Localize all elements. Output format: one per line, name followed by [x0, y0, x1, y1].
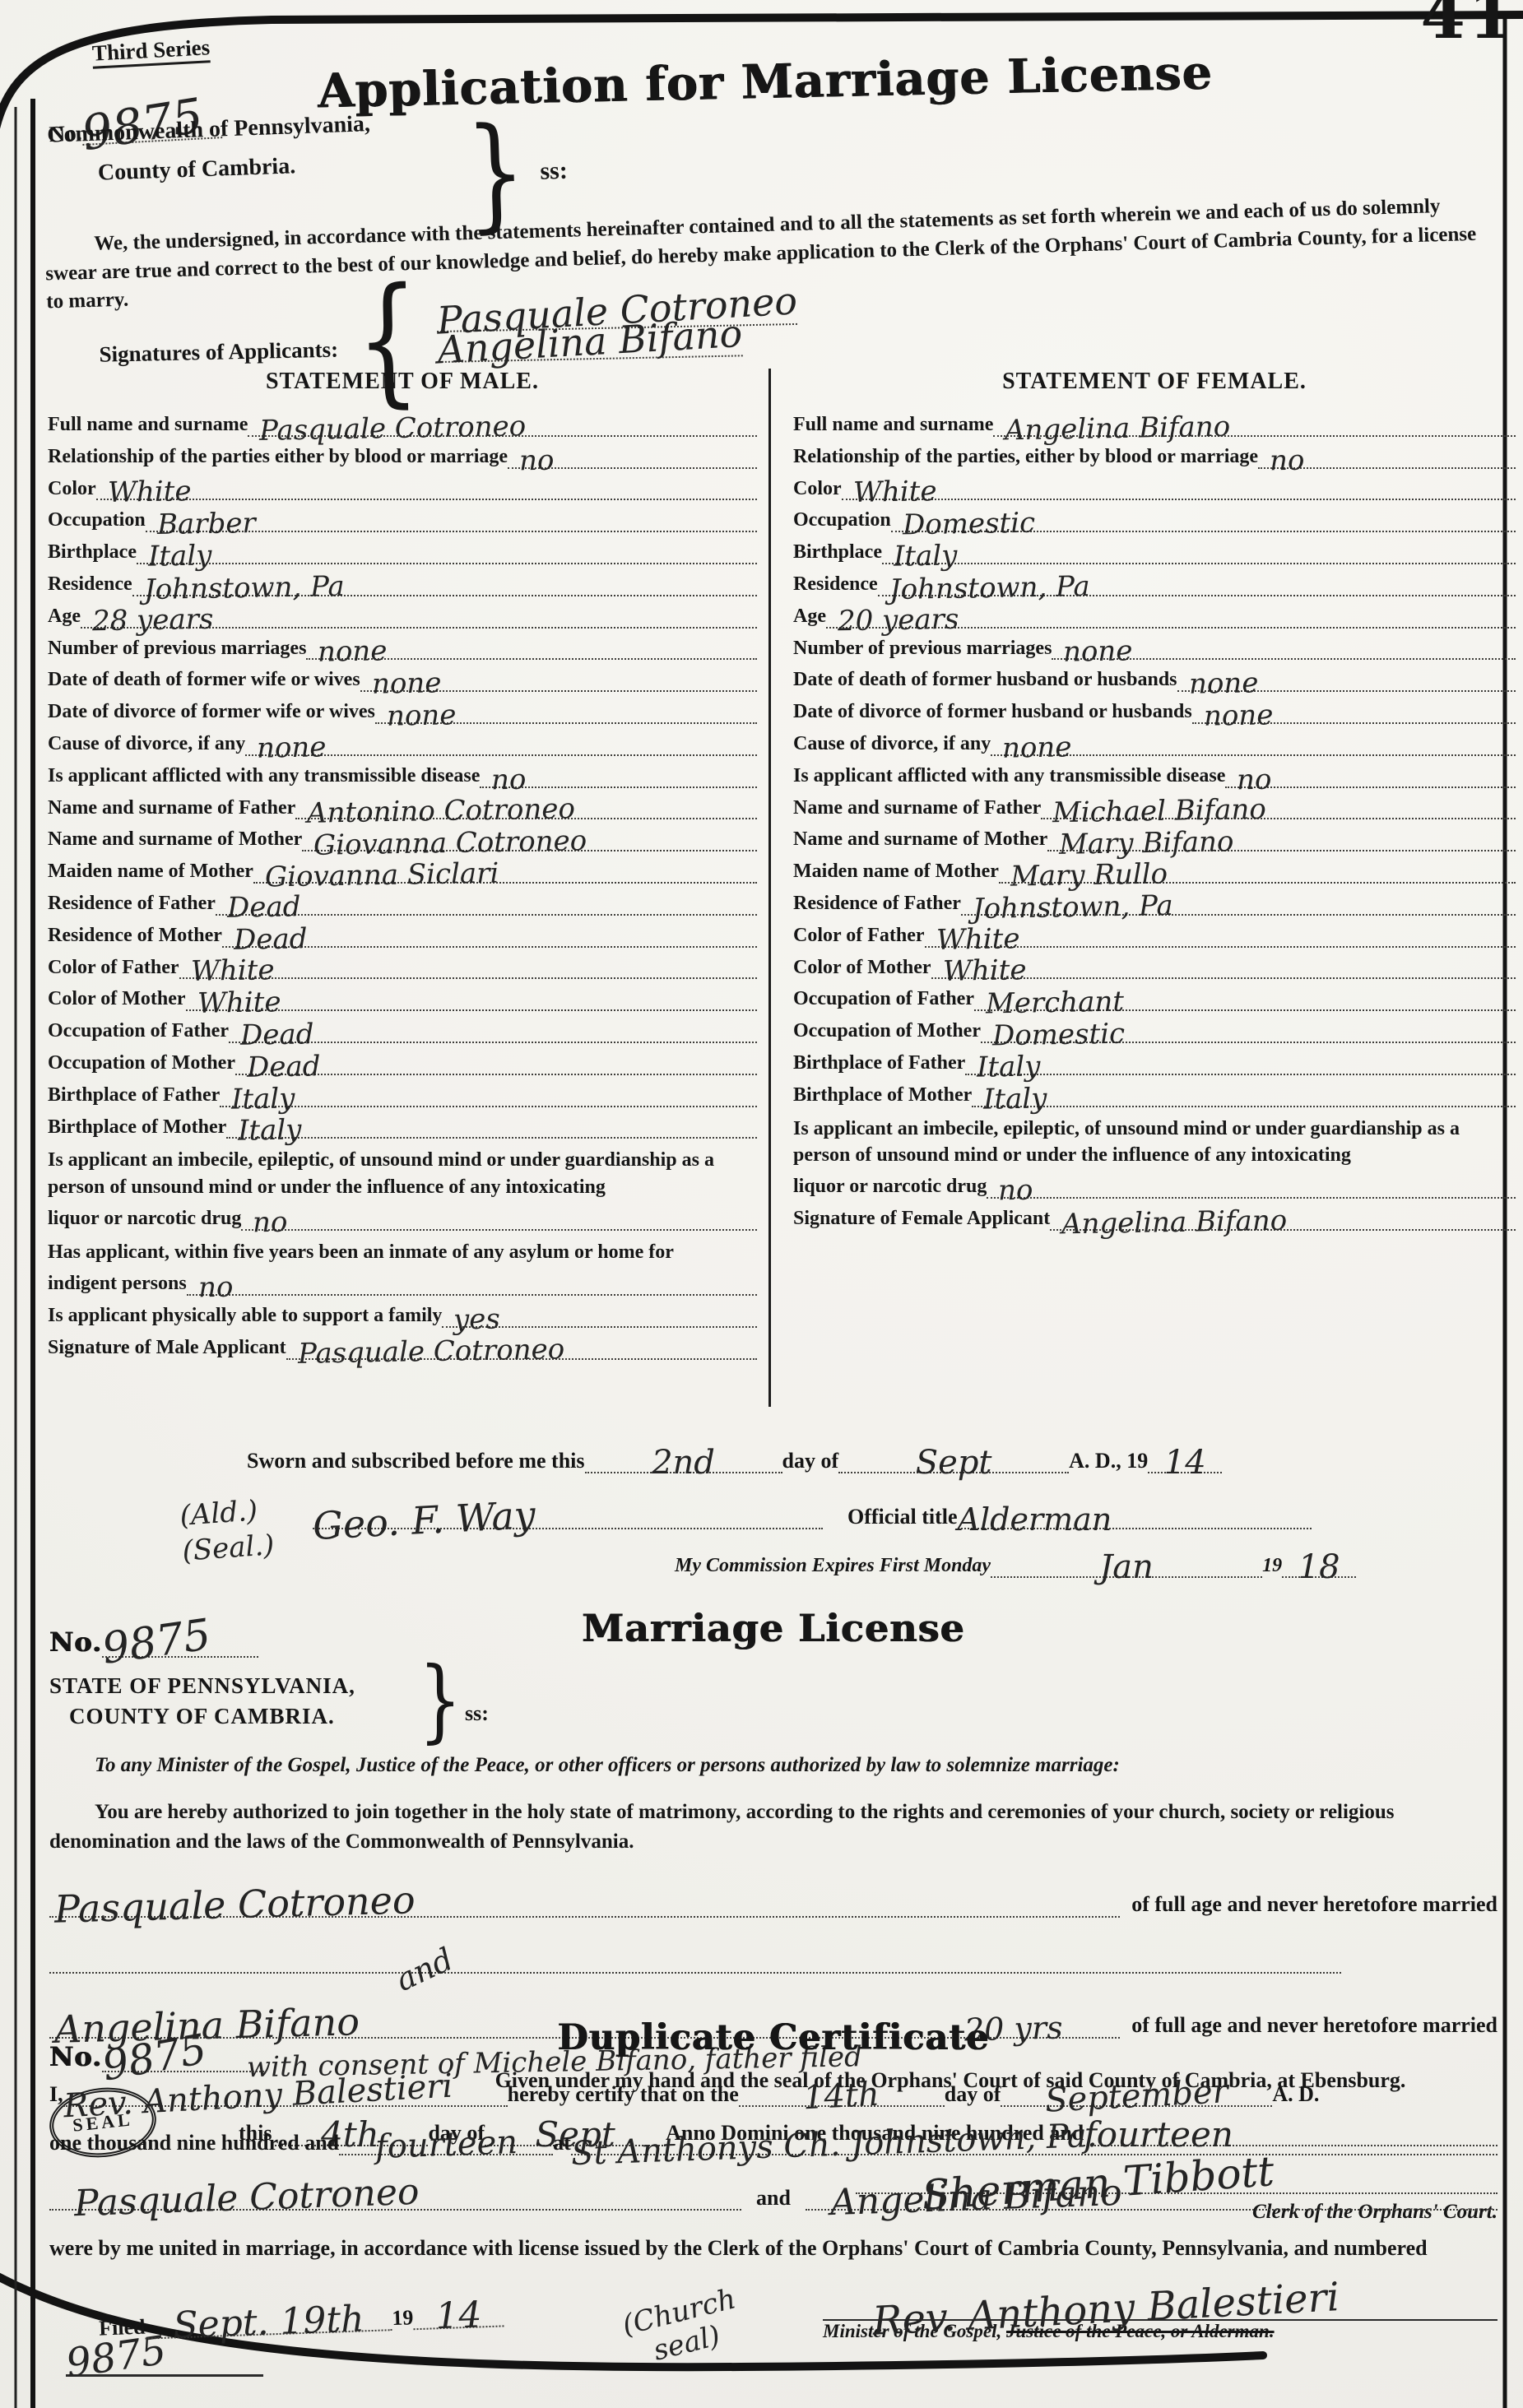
- ad-label: A. D.: [1272, 2081, 1319, 2107]
- field-value-handwritten: Antonino Cotroneo: [307, 796, 575, 828]
- field-label: Age: [48, 605, 81, 629]
- duplicate-no-label: No.: [49, 2041, 102, 2072]
- field-row: Name and surname of FatherAntonino Cotro…: [48, 796, 757, 820]
- field-label: Name and surname of Mother: [48, 828, 302, 851]
- groom-name-handwritten: Pasquale Cotroneo: [73, 2174, 420, 2223]
- sworn-line: Sworn and subscribed before me this 2nd …: [247, 1446, 1497, 1473]
- filed-year-prefix: 19: [392, 2305, 414, 2331]
- fill-line: White: [925, 926, 1516, 948]
- sworn-day-handwritten: 2nd: [652, 1446, 715, 1479]
- scanned-marriage-application-page: 41 Third Series No. 9875 Commonwealth of…: [0, 0, 1523, 2408]
- fill-line: Johnstown, Pa: [878, 574, 1516, 596]
- field-value-handwritten: Johnstown, Pa: [973, 892, 1173, 923]
- place-handwritten: St Anthonys Ch. Johnstown, Pa.: [570, 2119, 1098, 2170]
- field-label: Residence of Father: [793, 892, 961, 916]
- question-text: Has applicant, within five years been an…: [48, 1239, 757, 1265]
- field-value-handwritten: Pasquale Cotroneo: [259, 412, 527, 445]
- officiant-signature-line: Geo. F. Way: [313, 1501, 823, 1529]
- field-row: Name and surname of MotherGiovanna Cotro…: [48, 828, 757, 851]
- field-label: Is applicant afflicted with any transmis…: [48, 764, 480, 788]
- field-label: Maiden name of Mother: [48, 860, 253, 884]
- year-place-line: one thousand nine hundred and fourteen a…: [49, 2128, 1497, 2155]
- filed-date-handwritten: Sept. 19th: [173, 2301, 364, 2344]
- fill-line: Barber: [146, 510, 757, 532]
- field-row: Is applicant afflicted with any transmis…: [793, 764, 1516, 788]
- field-value-handwritten: 20 years: [838, 605, 959, 635]
- column-divider-rule: [768, 369, 771, 1407]
- field-label: Occupation of Mother: [48, 1051, 235, 1075]
- year-word-line: fourteen: [339, 2128, 553, 2155]
- commission-month-handwritten: Jan: [1099, 1551, 1154, 1584]
- minister-name-line: Rev. Anthony Balestieri: [63, 2080, 508, 2107]
- minister-signature-block: Rev. Anthony Balestieri Minister of the …: [823, 2290, 1497, 2342]
- field-row: liquor or narcotic drugno: [793, 1175, 1516, 1199]
- field-row: Name and surname of MotherMary Bifano: [793, 828, 1516, 851]
- fill-line: Angelina Bifano: [1050, 1209, 1516, 1231]
- field-label: Maiden name of Mother: [793, 860, 999, 884]
- duplicate-certificate-section: No. 9875 Duplicate Certificate I, Rev. A…: [49, 2017, 1497, 2408]
- field-row: ColorWhite: [793, 477, 1516, 501]
- duplicate-year-handwritten: fourteen: [374, 2126, 518, 2164]
- field-row: Residence of MotherDead: [48, 924, 757, 948]
- fill-line: no: [187, 1274, 757, 1296]
- male-statement-heading: STATEMENT OF MALE.: [48, 369, 757, 395]
- field-label: Occupation: [793, 508, 891, 532]
- field-value-handwritten: Dead: [247, 1052, 321, 1082]
- ad-label: A. D., 19: [1069, 1448, 1148, 1473]
- field-value-handwritten: none: [1203, 701, 1273, 730]
- official-title-line: Alderman: [958, 1504, 1312, 1529]
- field-row: Signature of Female ApplicantAngelina Bi…: [793, 1207, 1516, 1231]
- field-label: Residence: [793, 573, 878, 596]
- day-line: 2nd: [585, 1446, 782, 1473]
- field-value-handwritten: Angelina Bifano: [1061, 1207, 1288, 1239]
- filed-year-line: 14: [413, 2296, 504, 2330]
- field-row: Maiden name of MotherGiovanna Siclari: [48, 860, 757, 884]
- day-of-label: day of: [945, 2081, 1001, 2107]
- venue-brace: } ss:: [455, 122, 569, 225]
- fill-line: none: [1192, 702, 1516, 724]
- field-row: Is applicant physically able to support …: [48, 1304, 757, 1328]
- fill-line: Italy: [226, 1116, 757, 1139]
- fill-line: Italy: [965, 1053, 1516, 1075]
- groom-license-line: Pasquale Cotroneo of full age and never …: [49, 1886, 1497, 1918]
- day-line: 14th: [739, 2080, 945, 2107]
- fill-line: 20 years: [826, 606, 1516, 629]
- sworn-label: Sworn and subscribed before me this: [247, 1448, 585, 1473]
- venue-brace-glyph: }: [419, 1663, 462, 1736]
- statement-of-female-column: STATEMENT OF FEMALE. Full name and surna…: [793, 369, 1516, 1239]
- at-label: at: [553, 2130, 571, 2155]
- fill-line: White: [179, 957, 757, 979]
- field-value-handwritten: Pasquale Cotroneo: [297, 1335, 564, 1368]
- bride-name-handwritten: Angelina Bifano: [829, 2175, 1122, 2221]
- fill-line: none: [991, 734, 1516, 756]
- field-row: Name and surname of FatherMichael Bifano: [793, 796, 1516, 820]
- fill-line: Italy: [882, 542, 1516, 564]
- fill-line: Antonino Cotroneo: [295, 797, 757, 819]
- fill-line: none: [360, 670, 757, 692]
- field-row: Date of divorce of former husband or hus…: [793, 700, 1516, 724]
- duplicate-number-handwritten: 9875: [100, 2028, 210, 2086]
- full-age-text: of full age and never heretofore married: [1131, 1891, 1497, 1917]
- field-value-handwritten: none: [257, 733, 327, 762]
- field-value-handwritten: Merchant: [986, 988, 1125, 1018]
- fill-line: White: [96, 478, 757, 500]
- fill-line: Johnstown, Pa: [132, 574, 757, 596]
- field-value-handwritten: no: [1237, 765, 1272, 794]
- license-number-handwritten: 9875: [100, 1613, 213, 1671]
- field-row: Birthplace of MotherItaly: [793, 1083, 1516, 1107]
- field-label: Birthplace of Father: [48, 1083, 220, 1107]
- filed-date-line: Sept. 19th: [145, 2300, 392, 2339]
- i-label: I,: [49, 2081, 63, 2107]
- fill-line: Dead: [235, 1053, 757, 1075]
- field-value-handwritten: Mary Bifano: [1059, 828, 1234, 859]
- field-row: Birthplace of FatherItaly: [48, 1083, 757, 1107]
- field-row: Age28 years: [48, 605, 757, 629]
- fill-line: Italy: [972, 1085, 1516, 1107]
- field-label: Date of death of former wife or wives: [48, 668, 360, 692]
- license-venue-block: STATE OF PENNSYLVANIA, COUNTY OF CAMBRIA…: [49, 1673, 560, 1729]
- field-label: Date of death of former husband or husba…: [793, 668, 1177, 692]
- brace-glyph: }: [465, 123, 527, 223]
- field-row: OccupationBarber: [48, 508, 757, 532]
- fill-line: Dead: [222, 926, 757, 948]
- field-row: Occupation of MotherDead: [48, 1051, 757, 1075]
- field-row: Signature of Male ApplicantPasquale Cotr…: [48, 1336, 757, 1360]
- field-label: Residence of Mother: [48, 924, 222, 948]
- field-value-handwritten: White: [190, 956, 274, 986]
- field-label: Name and surname of Father: [793, 796, 1041, 820]
- commission-label: My Commission Expires First Monday: [675, 1554, 991, 1578]
- field-label: liquor or narcotic drug: [48, 1207, 241, 1231]
- field-value-handwritten: none: [318, 638, 388, 666]
- field-row: Occupation of MotherDomestic: [793, 1019, 1516, 1043]
- field-row: Full name and surnameAngelina Bifano: [793, 413, 1516, 437]
- field-value-handwritten: Giovanna Cotroneo: [313, 827, 587, 860]
- field-label: Color of Mother: [793, 956, 931, 980]
- field-value-handwritten: Domestic: [902, 509, 1035, 540]
- field-row: Residence of FatherDead: [48, 892, 757, 916]
- field-value-handwritten: none: [1063, 638, 1133, 666]
- question-text: Is applicant an imbecile, epileptic, of …: [48, 1147, 757, 1200]
- fill-line: none: [1052, 638, 1516, 660]
- field-value-handwritten: Angelina Bifano: [1005, 412, 1231, 444]
- field-label: Birthplace of Mother: [48, 1116, 226, 1139]
- fill-line: Merchant: [974, 989, 1516, 1011]
- field-row: BirthplaceItaly: [793, 541, 1516, 564]
- fill-line: none: [245, 734, 757, 756]
- field-value-handwritten: White: [942, 956, 1026, 986]
- signatures-label: Signatures of Applicants:: [99, 337, 338, 368]
- field-row: liquor or narcotic drugno: [48, 1207, 757, 1231]
- commission-month-line: Jan: [991, 1551, 1262, 1578]
- field-row: Maiden name of MotherMary Rullo: [793, 860, 1516, 884]
- field-label: Relationship of the parties, either by b…: [793, 445, 1258, 469]
- field-label: Residence of Father: [48, 892, 216, 916]
- field-label: Color of Father: [793, 924, 925, 948]
- field-label: Cause of divorce, if any: [48, 732, 245, 756]
- fill-line: Pasquale Cotroneo: [248, 415, 757, 437]
- field-value-handwritten: White: [197, 988, 281, 1018]
- place-line: St Anthonys Ch. Johnstown, Pa.: [571, 2128, 1497, 2155]
- seal-abbrev-handwritten: (Seal.): [181, 1528, 276, 1569]
- field-label: Birthplace: [793, 541, 882, 564]
- field-label: liquor or narcotic drug: [793, 1175, 987, 1199]
- field-label: Color: [793, 477, 842, 501]
- field-label: Date of divorce of former husband or hus…: [793, 700, 1192, 724]
- fill-line: Michael Bifano: [1041, 797, 1516, 819]
- field-row: BirthplaceItaly: [48, 541, 757, 564]
- field-label: Number of previous marriages: [48, 637, 306, 661]
- fill-line: Angelina Bifano: [993, 415, 1516, 437]
- field-label: Occupation: [48, 508, 146, 532]
- field-row: Number of previous marriagesnone: [793, 637, 1516, 661]
- fill-line: no: [480, 766, 757, 788]
- field-value-handwritten: Italy: [977, 1052, 1041, 1081]
- minister-signature-line: Rev. Anthony Balestieri: [823, 2290, 1497, 2321]
- month-line: September: [1001, 2080, 1272, 2107]
- field-row: OccupationDomestic: [793, 508, 1516, 532]
- united-in-marriage-text: were by me united in marriage, in accord…: [49, 2234, 1497, 2263]
- fill-line: Mary Bifano: [1047, 829, 1516, 851]
- groom-name-handwritten: Pasquale Cotroneo: [53, 1881, 416, 1928]
- field-value-handwritten: Johnstown, Pa: [889, 573, 1089, 604]
- and-handwritten: and: [391, 1942, 457, 1996]
- fill-line: Giovanna Siclari: [253, 861, 757, 884]
- field-value-handwritten: Dead: [240, 1020, 314, 1050]
- female-fields: Full name and surnameAngelina BifanoRela…: [793, 413, 1516, 1231]
- field-label: Is applicant physically able to support …: [48, 1304, 442, 1328]
- signature-lines: Pasquale Cotroneo Angelina Bifano: [436, 288, 1062, 362]
- year-line: 14: [1148, 1446, 1222, 1473]
- field-row: Is applicant afflicted with any transmis…: [48, 764, 757, 788]
- field-label: Color: [48, 477, 96, 501]
- blank-rule-line: and: [49, 1954, 1341, 1974]
- fill-line: Italy: [220, 1085, 757, 1107]
- fill-line: White: [931, 957, 1516, 979]
- fill-line: 28 years: [81, 606, 757, 629]
- field-row: Birthplace of MotherItaly: [48, 1116, 757, 1139]
- field-row: Date of divorce of former wife or wivesn…: [48, 700, 757, 724]
- field-row: Cause of divorce, if anynone: [48, 732, 757, 756]
- fill-line: none: [1177, 670, 1516, 692]
- field-value-handwritten: Michael Bifano: [1052, 796, 1266, 828]
- field-label: Birthplace: [48, 541, 137, 564]
- commission-year-line: 18: [1282, 1551, 1356, 1578]
- field-label: indigent persons: [48, 1272, 187, 1296]
- field-row: Relationship of the parties, either by b…: [793, 445, 1516, 469]
- field-value-handwritten: 28 years: [92, 605, 214, 635]
- license-number-row: No. 9875: [49, 1621, 258, 1658]
- fill-line: Pasquale Cotroneo: [286, 1338, 757, 1360]
- groom-name-line: Pasquale Cotroneo: [49, 1886, 1120, 1918]
- fill-line: White: [842, 478, 1516, 500]
- field-row: Date of death of former wife or wivesnon…: [48, 668, 757, 692]
- field-label: Date of divorce of former wife or wives: [48, 700, 375, 724]
- fill-line: none: [375, 702, 757, 724]
- field-label: Name and surname of Father: [48, 796, 295, 820]
- field-row: Residence of FatherJohnstown, Pa: [793, 892, 1516, 916]
- field-value-handwritten: Italy: [894, 541, 958, 570]
- and-label: and: [756, 2185, 791, 2211]
- field-label: Occupation of Father: [48, 1019, 229, 1043]
- license-addressee-line: To any Minister of the Gospel, Justice o…: [49, 1754, 1497, 1777]
- field-label: Relationship of the parties either by bl…: [48, 445, 508, 469]
- month-line: Sept: [838, 1446, 1069, 1473]
- commission-year-handwritten: 18: [1298, 1551, 1340, 1584]
- certify-text: hereby certify that on the: [508, 2081, 739, 2107]
- alderman-seal-note: (Ald.) (Seal.): [179, 1492, 276, 1569]
- fill-line: White: [186, 989, 757, 1011]
- field-row: Color of FatherWhite: [48, 956, 757, 980]
- field-value-handwritten: Giovanna Siclari: [265, 859, 499, 891]
- sworn-block: Sworn and subscribed before me this 2nd …: [49, 1446, 1497, 1578]
- field-value-handwritten: White: [107, 478, 191, 508]
- field-label: Signature of Male Applicant: [48, 1336, 286, 1360]
- filed-year-handwritten: 14: [435, 2297, 483, 2335]
- field-label: Birthplace of Mother: [793, 1083, 972, 1107]
- field-value-handwritten: none: [1002, 733, 1072, 762]
- field-label: Signature of Female Applicant: [793, 1207, 1050, 1231]
- groom-name-line: Pasquale Cotroneo: [49, 2180, 741, 2211]
- commission-year-prefix: 19: [1262, 1554, 1282, 1578]
- field-value-handwritten: none: [1188, 669, 1258, 698]
- bride-signature-handwritten: Angelina Bifano: [436, 320, 742, 364]
- ss-abbreviation: ss:: [540, 157, 569, 186]
- field-value-handwritten: no: [1270, 446, 1305, 475]
- fill-line: no: [987, 1176, 1516, 1199]
- field-label: Full name and surname: [793, 413, 993, 437]
- field-label: Residence: [48, 573, 132, 596]
- field-label: Number of previous marriages: [793, 637, 1052, 661]
- field-value-handwritten: no: [491, 765, 527, 794]
- duplicate-number-line: 9875: [102, 2037, 267, 2072]
- field-row: ResidenceJohnstown, Pa: [793, 573, 1516, 596]
- field-row: Date of death of former husband or husba…: [793, 668, 1516, 692]
- couple-names-line: Pasquale Cotroneo and Angelina Bifano: [49, 2180, 1497, 2211]
- field-value-handwritten: Italy: [238, 1116, 302, 1145]
- field-value-handwritten: none: [387, 701, 457, 730]
- field-row: Birthplace of FatherItaly: [793, 1051, 1516, 1075]
- field-row: Occupation of FatherDead: [48, 1019, 757, 1043]
- field-value-handwritten: no: [197, 1274, 233, 1302]
- sworn-year-handwritten: 14: [1164, 1446, 1206, 1479]
- field-value-handwritten: Dead: [227, 893, 301, 922]
- field-value-handwritten: none: [371, 669, 441, 698]
- field-label: Color of Father: [48, 956, 179, 980]
- fill-line: Giovanna Cotroneo: [302, 829, 757, 851]
- field-value-handwritten: Dead: [234, 925, 308, 954]
- question-text: Is applicant an imbecile, epileptic, of …: [793, 1116, 1516, 1169]
- field-value-handwritten: yes: [453, 1305, 500, 1334]
- year-line-label: one thousand nine hundred and: [49, 2130, 339, 2155]
- day-of-label: day of: [782, 1448, 839, 1473]
- county-line: County of Cambria.: [97, 146, 509, 186]
- license-number-line: 9875: [102, 1621, 258, 1658]
- field-row: Occupation of FatherMerchant: [793, 987, 1516, 1011]
- officiant-line: Geo. F. Way Official title Alderman: [313, 1501, 1497, 1529]
- fill-line: no: [1225, 766, 1516, 788]
- field-row: Color of MotherWhite: [793, 956, 1516, 980]
- field-label: Occupation of Father: [793, 987, 974, 1011]
- field-label: Occupation of Mother: [793, 1019, 981, 1043]
- field-label: Is applicant afflicted with any transmis…: [793, 764, 1225, 788]
- field-value-handwritten: Italy: [148, 541, 212, 570]
- fill-line: no: [1258, 447, 1516, 469]
- field-label: Name and surname of Mother: [793, 828, 1047, 851]
- license-no-label: No.: [49, 1626, 102, 1658]
- official-title-label: Official title: [847, 1504, 958, 1529]
- duplicate-number-row: No. 9875: [49, 2037, 267, 2072]
- field-row: indigent personsno: [48, 1272, 757, 1296]
- bride-name-line: Angelina Bifano: [806, 2180, 1497, 2211]
- field-row: Age20 years: [793, 605, 1516, 629]
- field-label: Full name and surname: [48, 413, 248, 437]
- fill-line: Domestic: [891, 510, 1516, 532]
- fill-line: Dead: [216, 893, 757, 916]
- official-title-handwritten: Alderman: [958, 1504, 1112, 1535]
- ss-abbreviation: ss:: [465, 1701, 489, 1726]
- officiant-signature-handwritten: Geo. F. Way: [312, 1496, 536, 1545]
- church-seal-note: (Church seal): [620, 2284, 747, 2374]
- state-line: STATE OF PENNSYLVANIA,: [49, 1673, 560, 1699]
- female-statement-heading: STATEMENT OF FEMALE.: [793, 369, 1516, 395]
- duplicate-month-handwritten: September: [1044, 2075, 1229, 2118]
- certify-line: I, Rev. Anthony Balestieri hereby certif…: [49, 2080, 1497, 2107]
- field-value-handwritten: no: [253, 1209, 288, 1237]
- field-label: Color of Mother: [48, 987, 186, 1011]
- field-value-handwritten: Johnstown, Pa: [143, 573, 344, 604]
- fill-line: Johnstown, Pa: [961, 893, 1516, 916]
- field-row: Cause of divorce, if anynone: [793, 732, 1516, 756]
- field-value-handwritten: Mary Rullo: [1010, 860, 1168, 890]
- field-value-handwritten: Italy: [983, 1084, 1047, 1113]
- fill-line: no: [508, 447, 757, 469]
- duplicate-day-handwritten: 14th: [802, 2078, 880, 2115]
- field-label: Age: [793, 605, 826, 629]
- fill-line: no: [241, 1209, 757, 1231]
- field-row: Number of previous marriagesnone: [48, 637, 757, 661]
- field-row: ResidenceJohnstown, Pa: [48, 573, 757, 596]
- field-label: Birthplace of Father: [793, 1051, 965, 1075]
- fill-line: Italy: [137, 542, 757, 564]
- field-value-handwritten: Barber: [156, 509, 255, 539]
- fill-line: Mary Rullo: [999, 861, 1516, 884]
- marriage-license-heading: Marriage License: [49, 1606, 1497, 1650]
- fill-line: yes: [442, 1306, 757, 1328]
- field-row: Color of FatherWhite: [793, 924, 1516, 948]
- field-value-handwritten: no: [519, 446, 555, 475]
- sworn-month-handwritten: Sept: [916, 1446, 992, 1479]
- field-value-handwritten: Italy: [231, 1084, 295, 1113]
- field-row: Full name and surnamePasquale Cotroneo: [48, 413, 757, 437]
- male-fields: Full name and surnamePasquale CotroneoRe…: [48, 413, 757, 1360]
- field-row: ColorWhite: [48, 477, 757, 501]
- series-label: Third Series: [91, 35, 211, 68]
- commission-line: My Commission Expires First Monday Jan 1…: [675, 1551, 1497, 1578]
- fill-line: Domestic: [981, 1021, 1516, 1043]
- license-authorization-paragraph: You are hereby authorized to join togeth…: [49, 1798, 1497, 1858]
- field-row: Color of MotherWhite: [48, 987, 757, 1011]
- signature-line: Angelina Bifano: [437, 341, 742, 363]
- connector-line: and: [49, 1954, 1341, 1974]
- field-value-handwritten: White: [936, 925, 1019, 954]
- field-label: Cause of divorce, if any: [793, 732, 991, 756]
- fill-line: none: [306, 638, 757, 660]
- field-value-handwritten: Domestic: [992, 1020, 1126, 1051]
